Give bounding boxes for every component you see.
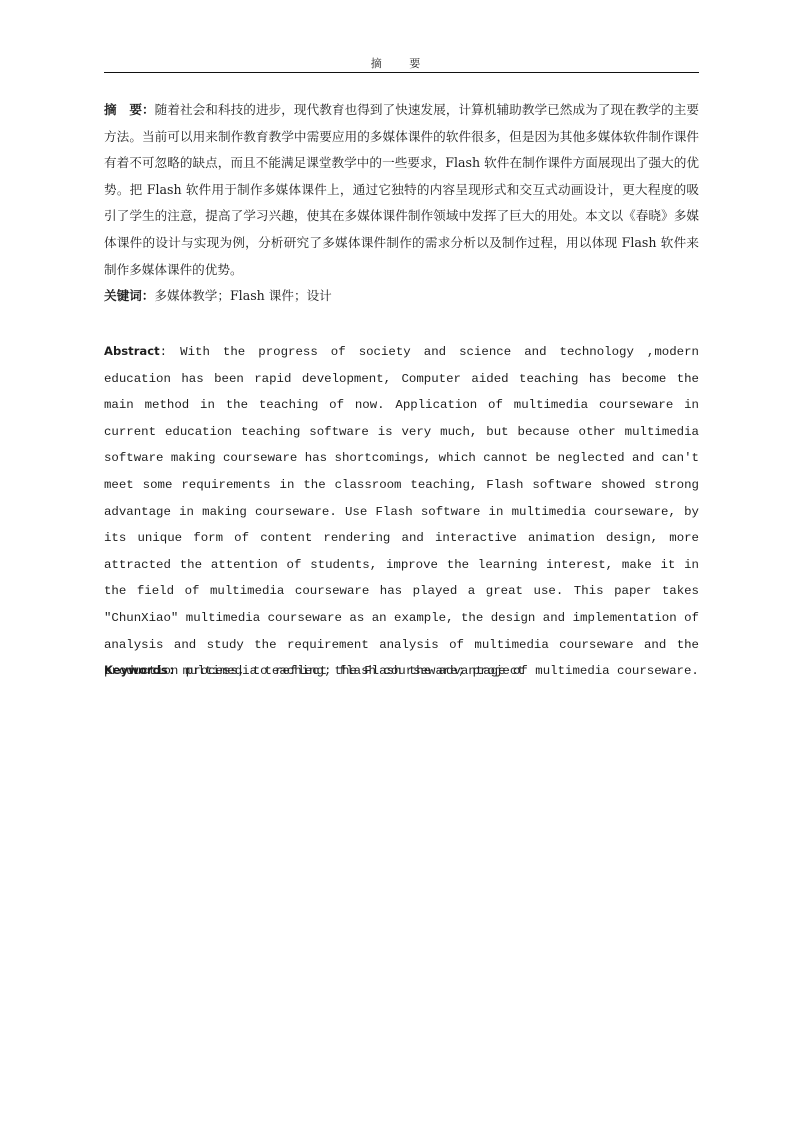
english-keywords-label: Keywords (104, 663, 168, 677)
english-keywords-line: Keywords: multimedia teaching; flash cou… (104, 657, 699, 685)
chinese-keywords-line: 关键词：多媒体教学；Flash 课件；设计 (104, 283, 699, 310)
chinese-keywords-label: 关键词： (104, 288, 154, 303)
page-header-title: 摘 要 (104, 57, 699, 71)
chinese-abstract-paragraph: 摘 要：随着社会和科技的进步，现代教育也得到了快速发展，计算机辅助教学已然成为了… (104, 97, 699, 283)
english-abstract-text: : With the progress of society and scien… (104, 345, 699, 678)
chinese-keywords-text: 多媒体教学；Flash 课件；设计 (154, 288, 331, 303)
english-abstract-paragraph: Abstract: With the progress of society a… (104, 338, 699, 685)
chinese-abstract-label: 摘 要： (104, 102, 155, 117)
chinese-abstract-text: 随着社会和科技的进步，现代教育也得到了快速发展，计算机辅助教学已然成为了现在教学… (104, 102, 699, 277)
english-abstract-label: Abstract (104, 344, 160, 358)
english-keywords-text: : multimedia teaching; flash courseware;… (168, 664, 525, 678)
header-divider (104, 72, 699, 73)
